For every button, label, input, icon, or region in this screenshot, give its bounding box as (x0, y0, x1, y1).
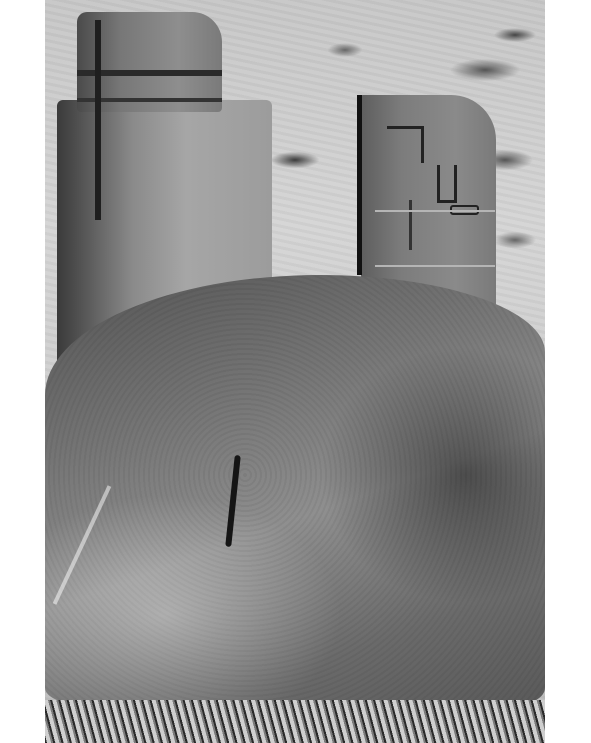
stele-carving-line (409, 200, 412, 250)
foreground-boulder (45, 275, 545, 705)
photograph (45, 0, 545, 743)
stele-groove (375, 265, 495, 267)
grass-ground (45, 700, 545, 743)
stele-groove (375, 210, 495, 212)
carved-stele (361, 95, 496, 305)
stele-carving-step (387, 126, 424, 163)
stele-shadow-edge (357, 95, 362, 275)
stele-carving-u (437, 165, 457, 203)
left-pillar-groove (95, 20, 101, 220)
